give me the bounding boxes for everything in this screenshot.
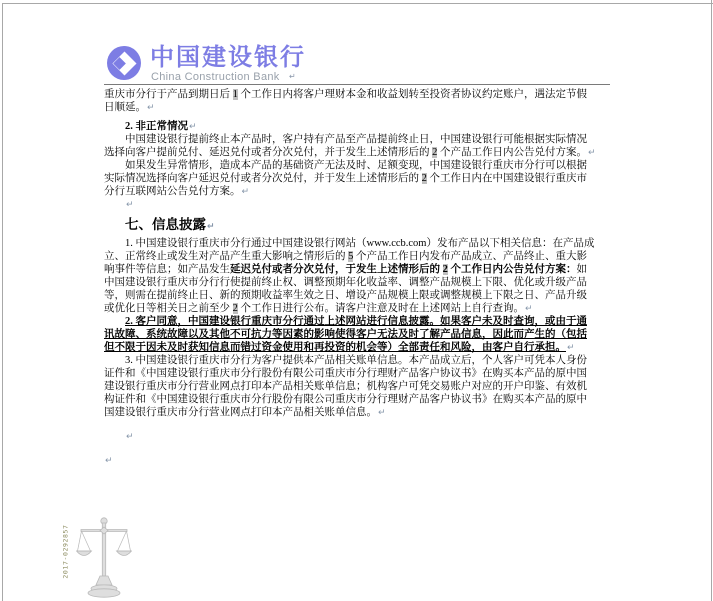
text-run: 个产品工作日内发布产品成立、产品终止、重大影 <box>353 251 587 262</box>
logo-text-en: China Construction Bank <box>151 71 411 83</box>
text-run: 个工作日内将客户理财本金和收益划转至投资者协议约定账户，遇法定节假 <box>238 89 587 100</box>
doc-line: 2. 客户同意，中国建设银行重庆市分行通过上述网站进行信息披露。如果客户未及时查… <box>104 315 631 328</box>
doc-line: 证件和《中国建设银行重庆市分行股份有限公司重庆市分行理财产品客户协议书》在购买本… <box>104 367 631 380</box>
document-body[interactable]: 重庆市分行于产品到期日后 1 个工作日内将客户理财本金和收益划转至投资者协议约定… <box>104 88 631 467</box>
doc-line: 2. 非正常情况↵ <box>104 120 631 133</box>
text-run: 国建设银行重庆市分行营业网点打印本产品相关账单信息。 <box>104 407 377 418</box>
text-run: 个工作日进行公布。请客户注意及时在上述网站上自行查询。 <box>238 303 524 314</box>
text-run: 中国建设银行提前终止本产品时，客户持有产品至产品提前终止日，中国建设银行可能根据… <box>125 134 587 145</box>
text-run: 3. 中国建设银行重庆市分行为客户提供本产品相关账单信息。本产品成立后，个人客户… <box>125 355 587 366</box>
doc-line <box>104 419 631 430</box>
header-pilcrow-mark: ↵ <box>289 72 296 81</box>
page-top-edge <box>2 3 713 4</box>
text-run: 2. 非正常情况 <box>125 121 188 132</box>
text-run: 如果发生异常情形，造成本产品的基础资产无法及时、足额变现，中国建设银行重庆市分行… <box>125 160 587 171</box>
doc-line: 七、信息披露↵ <box>104 216 631 233</box>
text-run: 或优化日等相关日之前至少 <box>104 303 233 314</box>
pilcrow-mark: ↵ <box>241 187 250 197</box>
text-run: 2. 客户同意，中国建设银行重庆市分行通过上述网站进行信息披露。如果客户未及时查… <box>125 316 587 327</box>
doc-line: 如果发生异常情形，造成本产品的基础资产无法及时、足额变现，中国建设银行重庆市分行… <box>104 159 631 172</box>
text-run: 中国建设银行重庆市分行行使提前终止权、调整预期年化收益率、调整产品规模上下限、优… <box>104 277 587 288</box>
text-run: 延迟兑付或者分次兑付，于发生上述情形后的 <box>230 264 443 275</box>
doc-line: 重庆市分行于产品到期日后 1 个工作日内将客户理财本金和收益划转至投资者协议约定… <box>104 88 631 101</box>
text-run: 响事件等信息；如产品发生 <box>104 264 230 275</box>
text-run: 选择向客户提前兑付、延迟兑付或者分次兑付，并于发生上述情形后的 <box>104 147 432 158</box>
ccb-logo-icon <box>107 46 141 80</box>
text-run: 讯故障、系统故障以及其他不可抗力等因素的影响使得客户无法及时了解产品信息，因此而… <box>104 329 587 340</box>
pilcrow-mark: ↵ <box>188 122 197 132</box>
text-run: 立、正常终止或发生对产品产生重大影响之情形后的 <box>104 251 348 262</box>
pilcrow-mark: ↵ <box>125 200 134 210</box>
pilcrow-mark: ↵ <box>206 222 215 232</box>
pilcrow-mark: ↵ <box>587 148 596 158</box>
text-run: 个工作日内公告兑付方案： <box>448 264 577 275</box>
pilcrow-mark: ↵ <box>104 456 113 466</box>
doc-line: 国建设银行重庆市分行营业网点打印本产品相关账单信息。↵ <box>104 406 631 419</box>
pilcrow-mark: ↵ <box>125 432 134 442</box>
doc-line: 3. 中国建设银行重庆市分行为客户提供本产品相关账单信息。本产品成立后，个人客户… <box>104 354 631 367</box>
text-run: 分行互联网站公告兑付方案。 <box>104 186 241 197</box>
text-run: 1. 中国建设银行重庆市分行通过中国建设银行网站（www.ccb.com）发布产… <box>125 238 594 249</box>
text-run: 日顺延。 <box>104 102 146 113</box>
pilcrow-mark: ↵ <box>377 408 386 418</box>
doc-line: 讯故障、系统故障以及其他不可抗力等因素的影响使得客户无法及时了解产品信息，因此而… <box>104 328 631 341</box>
pilcrow-mark: ↵ <box>146 103 155 113</box>
doc-line: 1. 中国建设银行重庆市分行通过中国建设银行网站（www.ccb.com）发布产… <box>104 237 631 250</box>
doc-line: 中国建设银行重庆市分行行使提前终止权、调整预期年化收益率、调整产品规模上下限、优… <box>104 276 631 289</box>
doc-line: 选择向客户提前兑付、延迟兑付或者分次兑付，并于发生上述情形后的 2 个产品工作日… <box>104 146 631 159</box>
doc-line: 实际情况选择向客户延迟兑付或者分次兑付，并于发生上述情形后的 2 个工作日内在中… <box>104 172 631 185</box>
text-run: 证件和《中国建设银行重庆市分行股份有限公司重庆市分行理财产品客户协议书》在购买本… <box>104 368 587 379</box>
header-rule <box>104 84 610 85</box>
doc-line: 构证件和《中国建设银行重庆市分行股份有限公司重庆市分行理财产品客户协议书》在购买… <box>104 393 631 406</box>
doc-line: 响事件等信息；如产品发生延迟兑付或者分次兑付，于发生上述情形后的 2 个工作日内… <box>104 263 631 276</box>
doc-line: 等，则需在提前终止日、新的预期收益率生效之日、增设产品规模上限或调整规模上下限之… <box>104 289 631 302</box>
doc-line: 分行互联网站公告兑付方案。↵ <box>104 185 631 198</box>
text-run: 但不限于因未及时获知信息而错过资金使用和再投资的机会等）全部责任和风险，由客户自… <box>104 342 566 353</box>
text-run: 构证件和《中国建设银行重庆市分行股份有限公司重庆市分行理财产品客户协议书》在购买… <box>104 394 587 405</box>
doc-line <box>104 443 631 454</box>
doc-line: 但不限于因未及时获知信息而错过资金使用和再投资的机会等）全部责任和风险，由客户自… <box>104 341 631 354</box>
pilcrow-mark: ↵ <box>524 304 533 314</box>
watermark: 2017-0292857 <box>30 510 140 601</box>
doc-line: 立、正常终止或发生对产品产生重大影响之情形后的 5 个产品工作日内发布产品成立、… <box>104 250 631 263</box>
text-run: 个产品工作日内公告兑付方案。 <box>437 147 587 158</box>
doc-line: ↵ <box>104 198 631 211</box>
text-run: 如 <box>577 264 588 275</box>
text-run: 实际情况选择向客户延迟兑付或者分次兑付，并于发生上述情形后的 <box>104 173 422 184</box>
text-run: 建设银行重庆市分行营业网点打印本产品相关账单信息；机构客户可凭交易账户对应的开户… <box>104 381 587 392</box>
doc-line: ↵ <box>104 454 631 467</box>
watermark-number: 2017-0292857 <box>62 522 71 582</box>
doc-line: ↵ <box>104 430 631 443</box>
text-run: 个工作日内在中国建设银行重庆市 <box>427 173 587 184</box>
page-right-edge <box>711 0 712 601</box>
doc-line: 或优化日等相关日之前至少 2 个工作日进行公布。请客户注意及时在上述网站上自行查… <box>104 302 631 315</box>
page-left-edge <box>2 3 3 601</box>
doc-line: 建设银行重庆市分行营业网点打印本产品相关账单信息；机构客户可凭交易账户对应的开户… <box>104 380 631 393</box>
text-run: 等，则需在提前终止日、新的预期收益率生效之日、增设产品规模上限或调整规模上下限之… <box>104 290 587 301</box>
scales-of-justice-icon <box>76 516 132 600</box>
logo-text-cn: 中国建设银行 <box>150 45 450 71</box>
page: { "header": { "logo_cn": "中国建设银行", "logo… <box>0 0 713 601</box>
doc-line: 日顺延。↵ <box>104 101 631 114</box>
text-run: 七、信息披露 <box>125 217 206 232</box>
doc-line: 中国建设银行提前终止本产品时，客户持有产品至产品提前终止日，中国建设银行可能根据… <box>104 133 631 146</box>
pilcrow-mark: ↵ <box>566 343 575 353</box>
text-run: 重庆市分行于产品到期日后 <box>104 89 233 100</box>
